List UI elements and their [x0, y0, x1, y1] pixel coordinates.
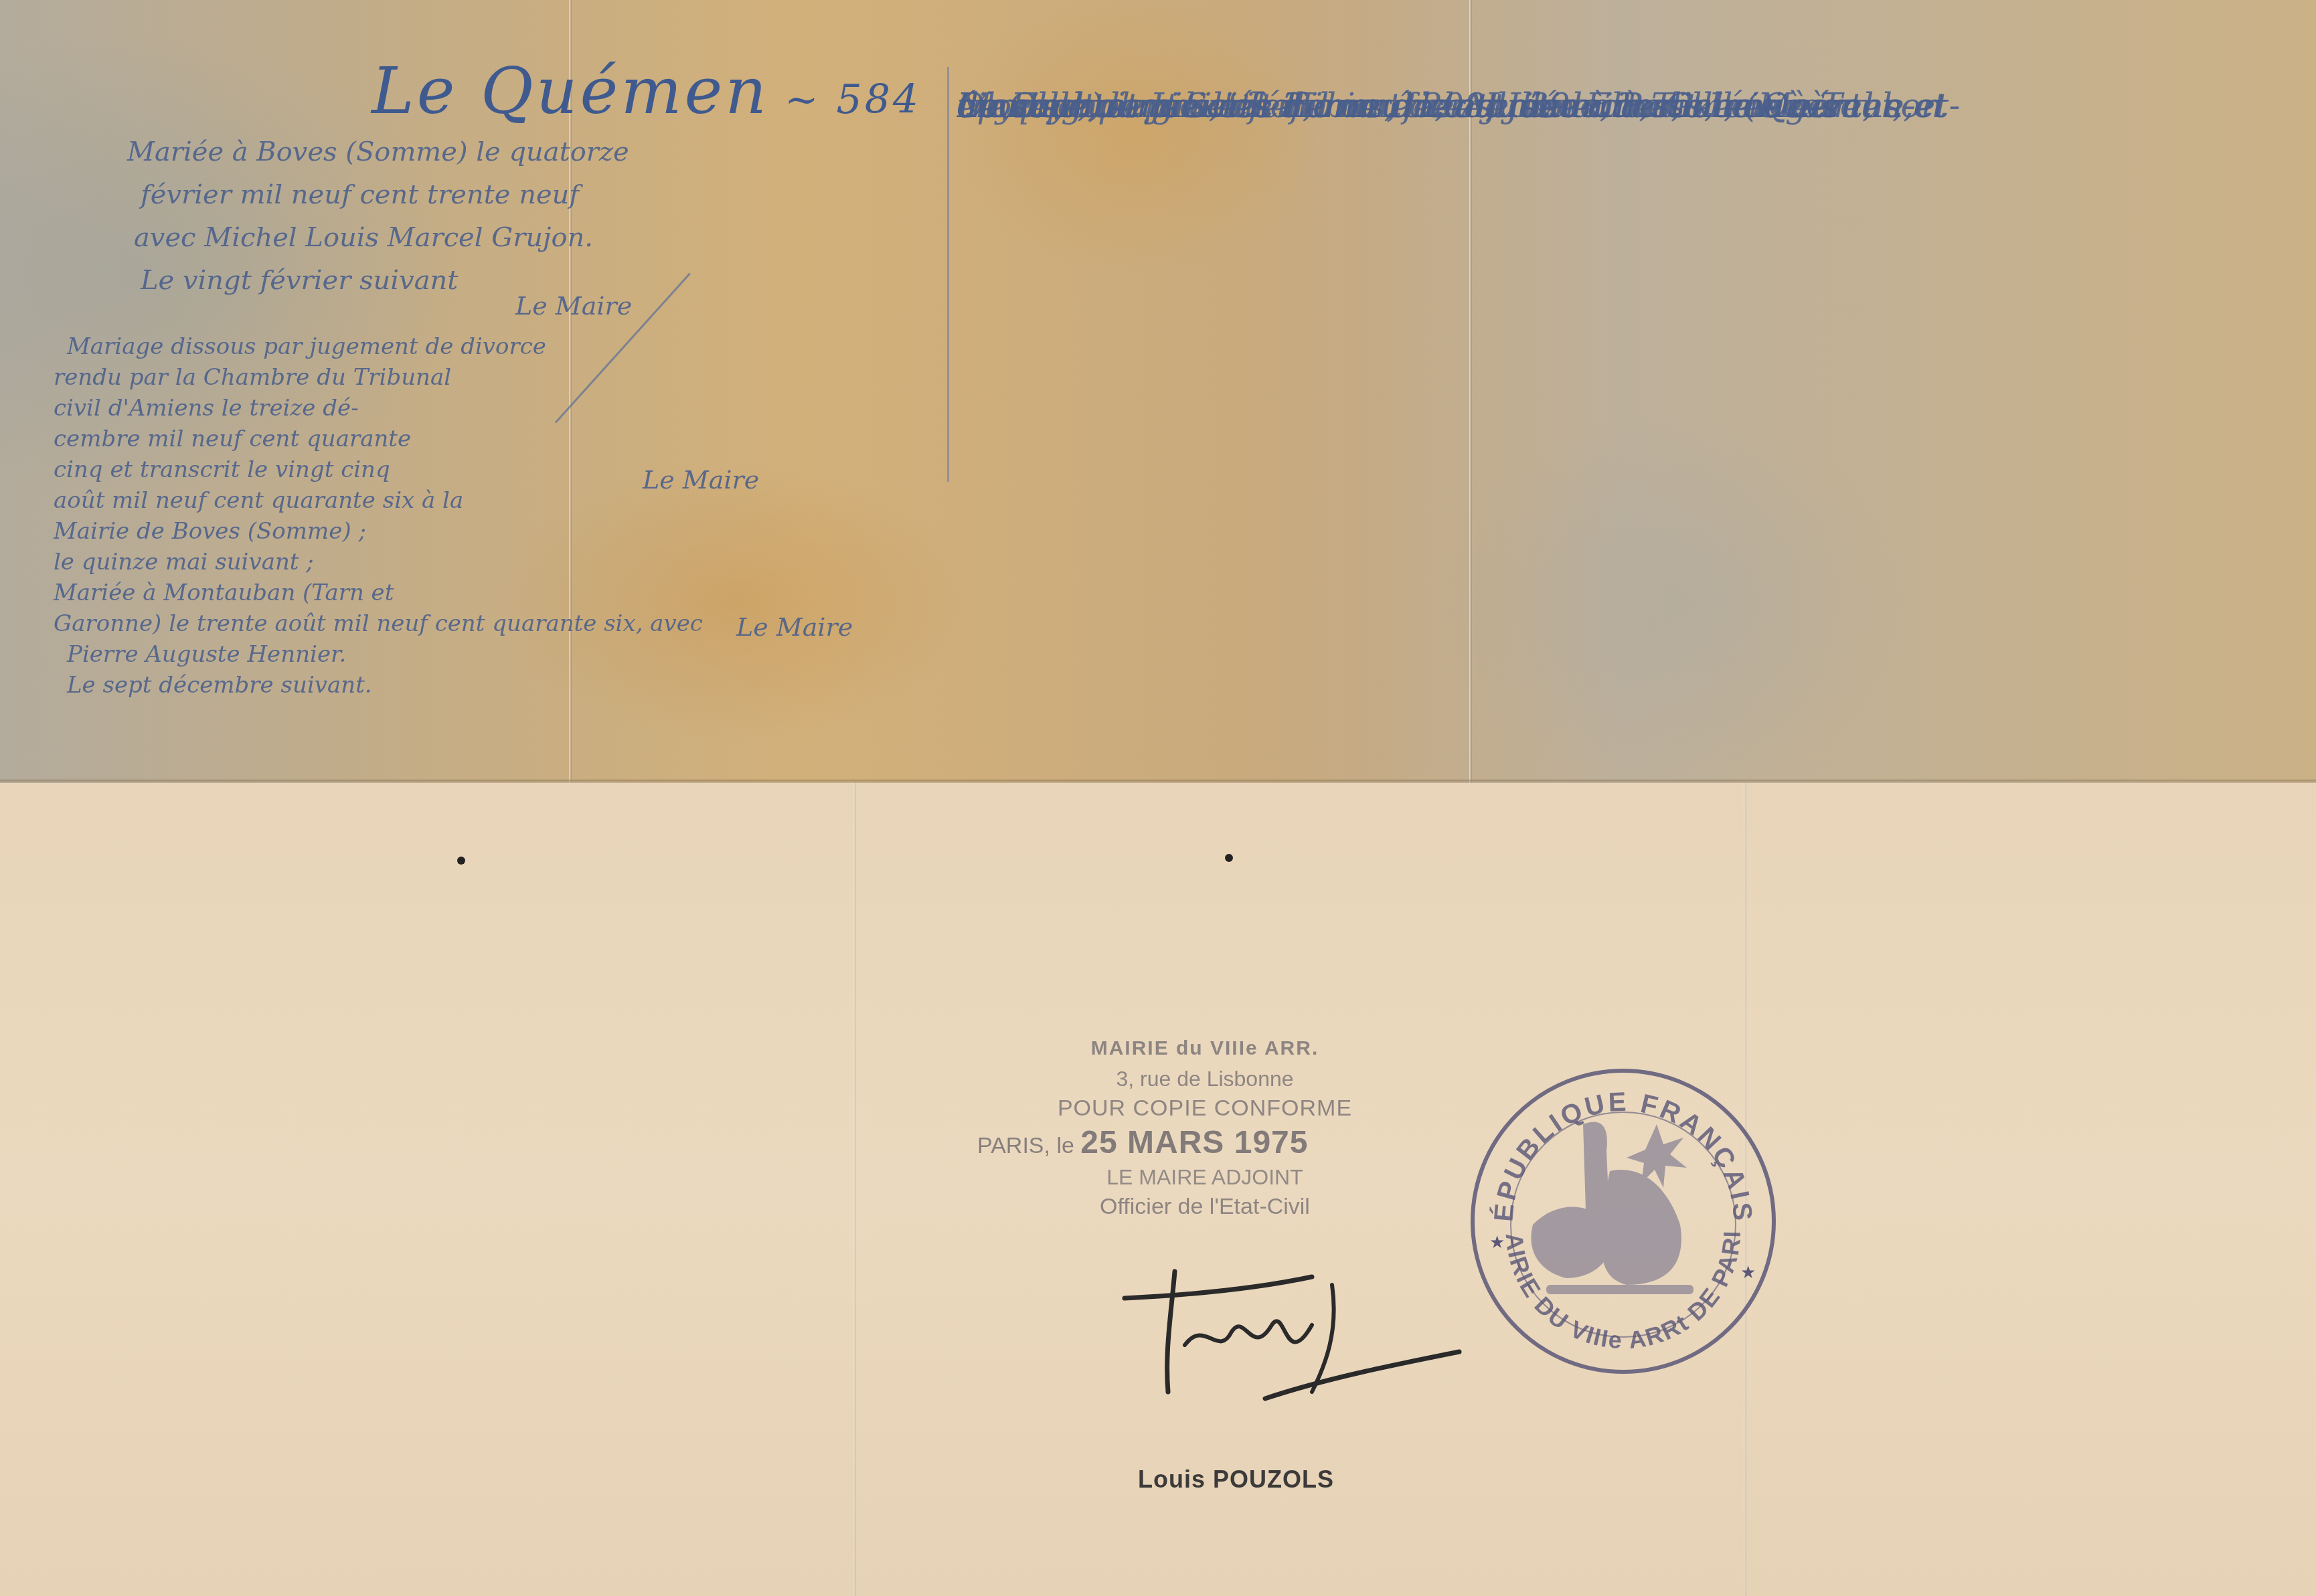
fold-crease — [853, 783, 856, 1596]
marianne-figure-icon — [1531, 1122, 1693, 1294]
marriage-mention: Mariée à Boves (Somme) le quatorze févri… — [127, 130, 629, 302]
divorce-mention: Mariage dissous par jugement de divorce … — [54, 331, 703, 701]
signatory-name: Louis POUZOLS — [1138, 1466, 1334, 1494]
stamp-title: LE MAIRE ADJOINT — [937, 1165, 1473, 1190]
mayor-signature-label: Le Maire — [643, 465, 759, 495]
punch-mark — [457, 857, 465, 865]
stamp-role: Officier de l'Etat-Civil — [937, 1194, 1473, 1220]
certification-stamp: MAIRIE du VIIIe ARR. 3, rue de Lisbonne … — [937, 1037, 1473, 1220]
punch-mark — [1225, 854, 1233, 862]
svg-text:★: ★ — [1489, 1233, 1505, 1253]
mayor-signature-label: Le Maire — [736, 612, 853, 642]
stamp-date-line: PARIS, le 25 MARS 1975 — [937, 1124, 1473, 1161]
margin-rule — [947, 67, 949, 482]
stamp-office: MAIRIE du VIIIe ARR. — [937, 1037, 1473, 1060]
handwritten-signature — [1111, 1258, 1473, 1432]
register-extract-sheet: Le Quémen ~ 584 Mariée à Boves (Somme) l… — [0, 0, 2316, 783]
stamp-certification: POUR COPIE CONFORME — [937, 1095, 1473, 1122]
stamp-address: 3, rue de Lisbonne — [937, 1067, 1473, 1091]
svg-text:★: ★ — [1740, 1263, 1756, 1283]
stamp-date: 25 MARS 1975 — [1080, 1125, 1308, 1160]
official-seal: RÉPUBLIQUE FRANÇAISE MAIRIE DU VIIIe ARR… — [1466, 1064, 1781, 1379]
act-number: 584 — [837, 76, 922, 123]
registry-surname: Le Quémen ~ 584 — [371, 54, 921, 128]
mayor-signature-label: Le Maire — [515, 291, 632, 321]
